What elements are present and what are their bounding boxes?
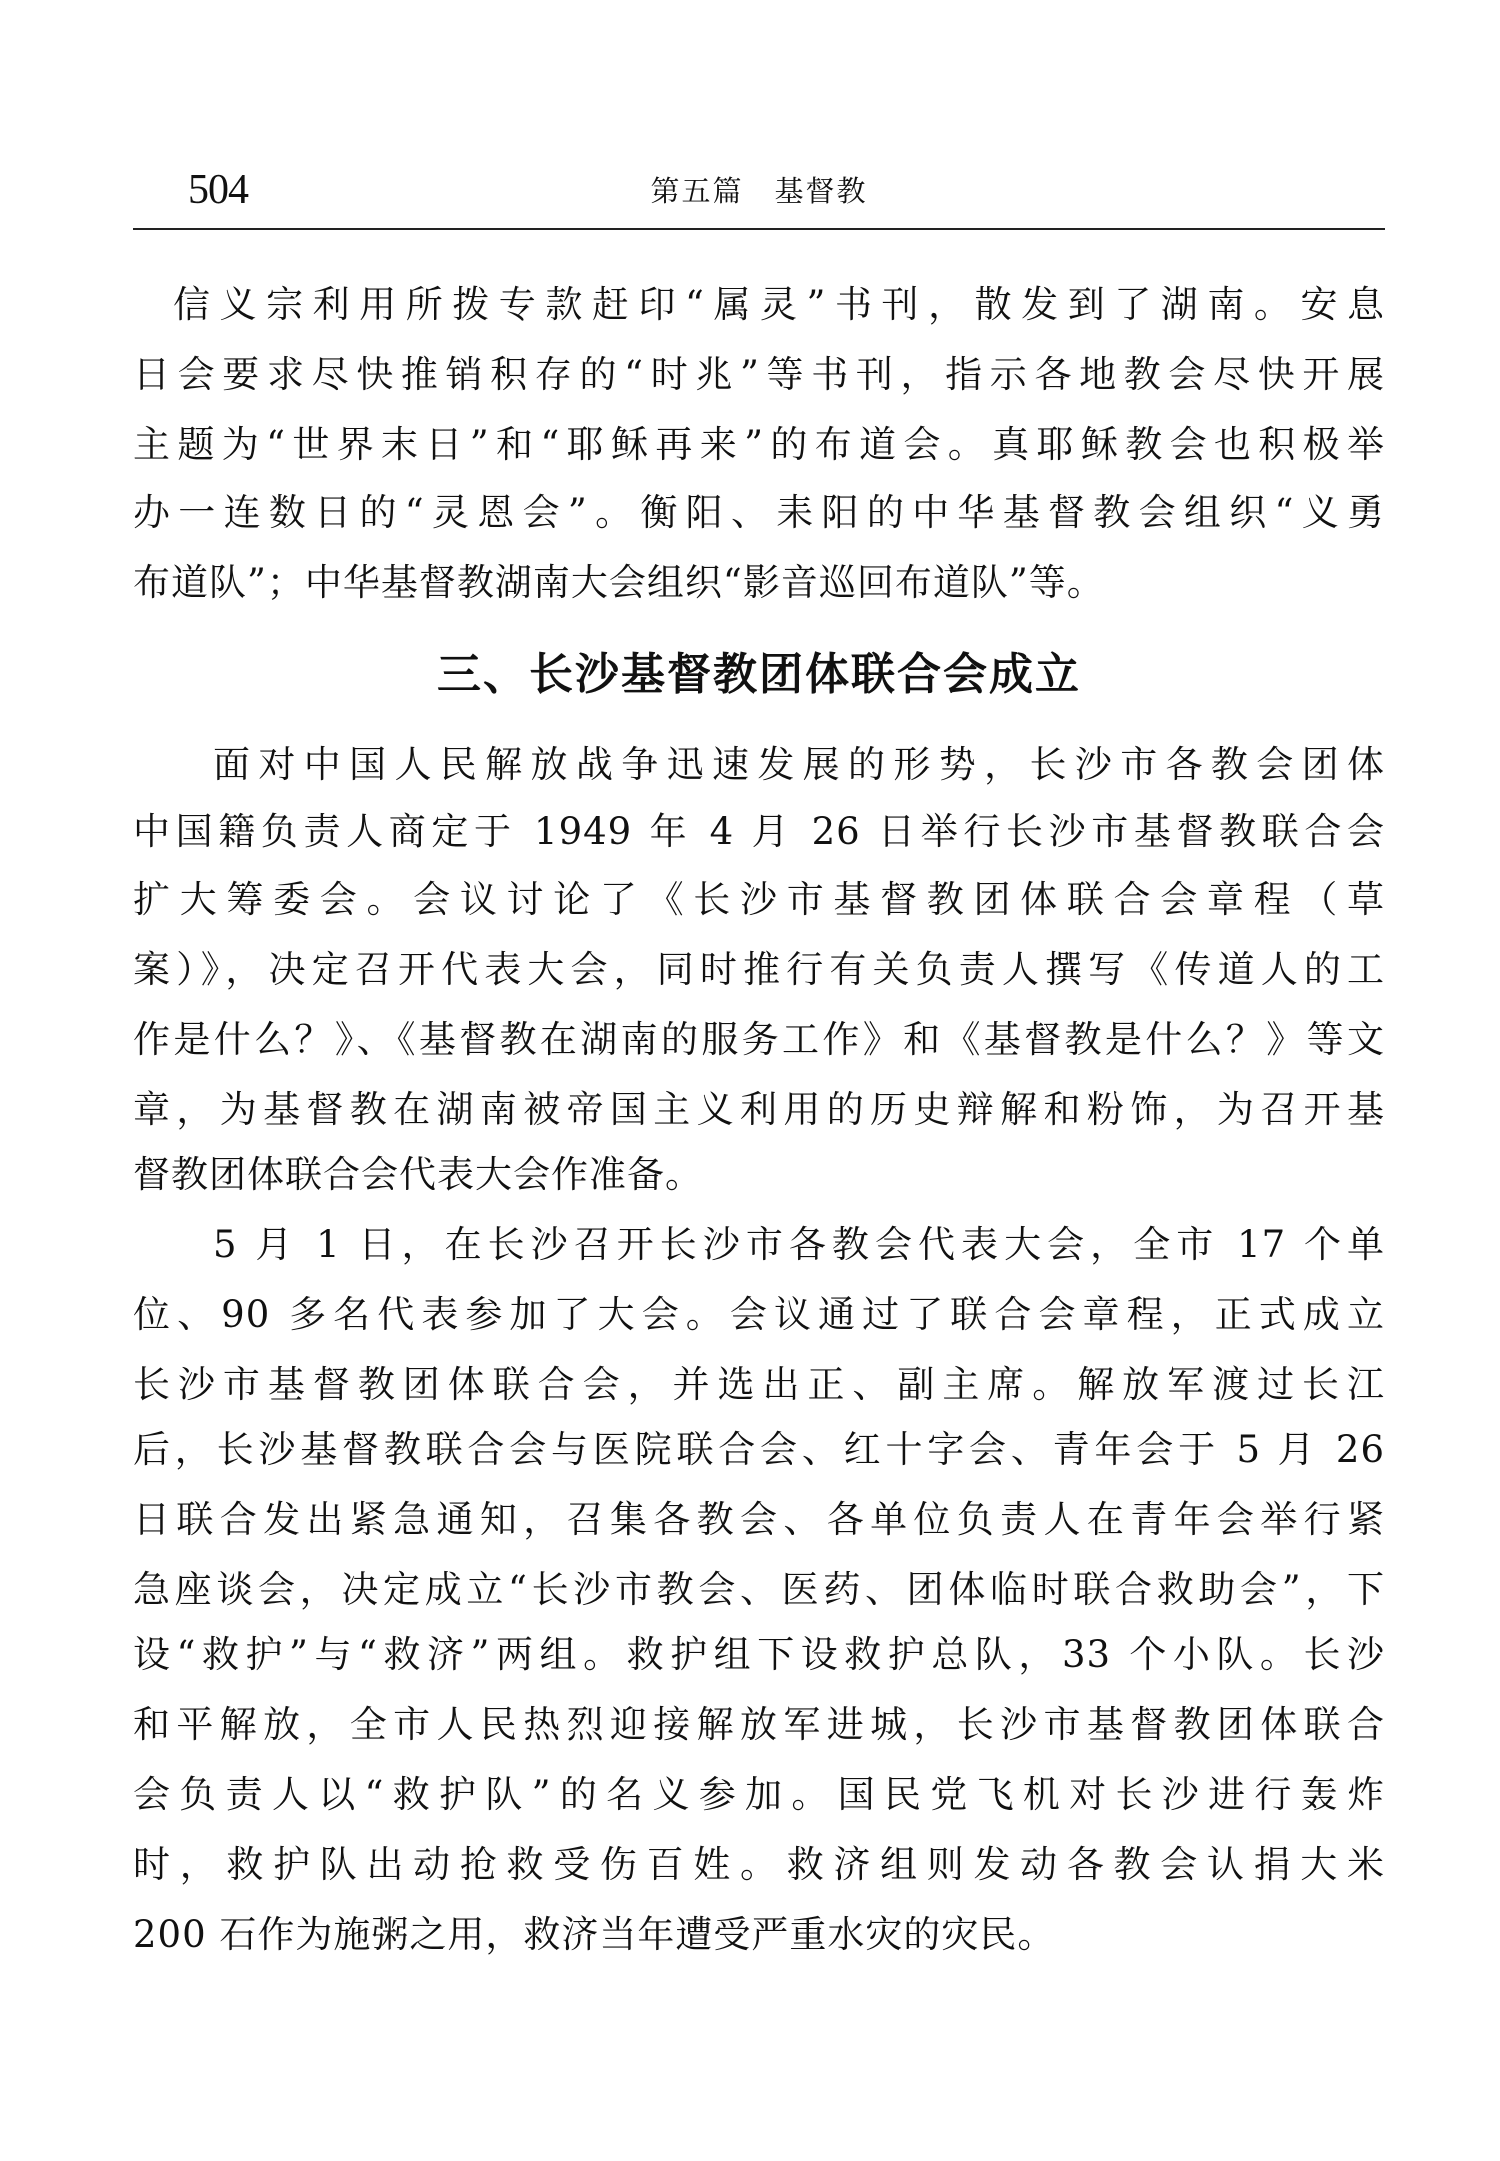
text-line: 办一连数日的“灵恩会”。衡阳、耒阳的中华基督教会组织“义勇 [133,478,1385,548]
text-line: 日联合发出紧急通知，召集各教会、各单位负责人在青年会举行紧 [133,1485,1385,1555]
text-line: 时，救护队出动抢救受伤百姓。救济组则发动各教会认捐大米 [133,1830,1385,1900]
text-line: 扩大筹委会。会议讨论了《长沙市基督教团体联合会章程（草 [133,865,1385,935]
text-line: 位、90 多名代表参加了大会。会议通过了联合会章程，正式成立 [133,1280,1385,1350]
text-line: 布道队”；中华基督教湖南大会组织“影音巡回布道队”等。 [133,548,1385,618]
text-line: 设“救护”与“救济”两组。救护组下设救护总队，33 个小队。长沙 [133,1620,1385,1690]
text-line: 章，为基督教在湖南被帝国主义利用的历史辩解和粉饰，为召开基 [133,1075,1385,1145]
text-line: 主题为“世界末日”和“耶稣再来”的布道会。真耶稣教会也积极举 [133,410,1385,480]
text-line: 日会要求尽快推销积存的“时兆”等书刊，指示各地教会尽快开展 [133,340,1385,410]
text-line: 会负责人以“救护队”的名义参加。国民党飞机对长沙进行轰炸 [133,1760,1385,1830]
section-heading: 三、长沙基督教团体联合会成立 [133,640,1385,710]
text-line: 案）》，决定召开代表大会，同时推行有关负责人撰写《传道人的工 [133,935,1385,1005]
header-rule [133,228,1385,230]
text-line: 200 石作为施粥之用，救济当年遭受严重水灾的灾民。 [133,1900,1385,1970]
text-line: 后，长沙基督教联合会与医院联合会、红十字会、青年会于 5 月 26 [133,1415,1385,1485]
text-line: 作是什么？》、《基督教在湖南的服务工作》和《基督教是什么？》等文 [133,1005,1385,1075]
text-line: 督教团体联合会代表大会作准备。 [133,1140,1385,1210]
text-line: 中国籍负责人商定于 1949 年 4 月 26 日举行长沙市基督教联合会 [133,797,1385,867]
text-line: 信义宗利用所拨专款赶印“属灵”书刊，散发到了湖南。安息 [133,270,1385,340]
text-line: 和平解放，全市人民热烈迎接解放军进城，长沙市基督教团体联合 [133,1690,1385,1760]
text-line: 面对中国人民解放战争迅速发展的形势，长沙市各教会团体 [133,730,1385,800]
text-line: 急座谈会，决定成立“长沙市教会、医药、团体临时联合救助会”，下 [133,1555,1385,1625]
page-header: 504 第五篇 基督教 [133,160,1385,220]
running-title: 第五篇 基督教 [133,166,1385,216]
text-line: 长沙市基督教团体联合会，并选出正、副主席。解放军渡过长江 [133,1350,1385,1420]
text-line: 5 月 1 日，在长沙召开长沙市各教会代表大会，全市 17 个单 [133,1210,1385,1280]
